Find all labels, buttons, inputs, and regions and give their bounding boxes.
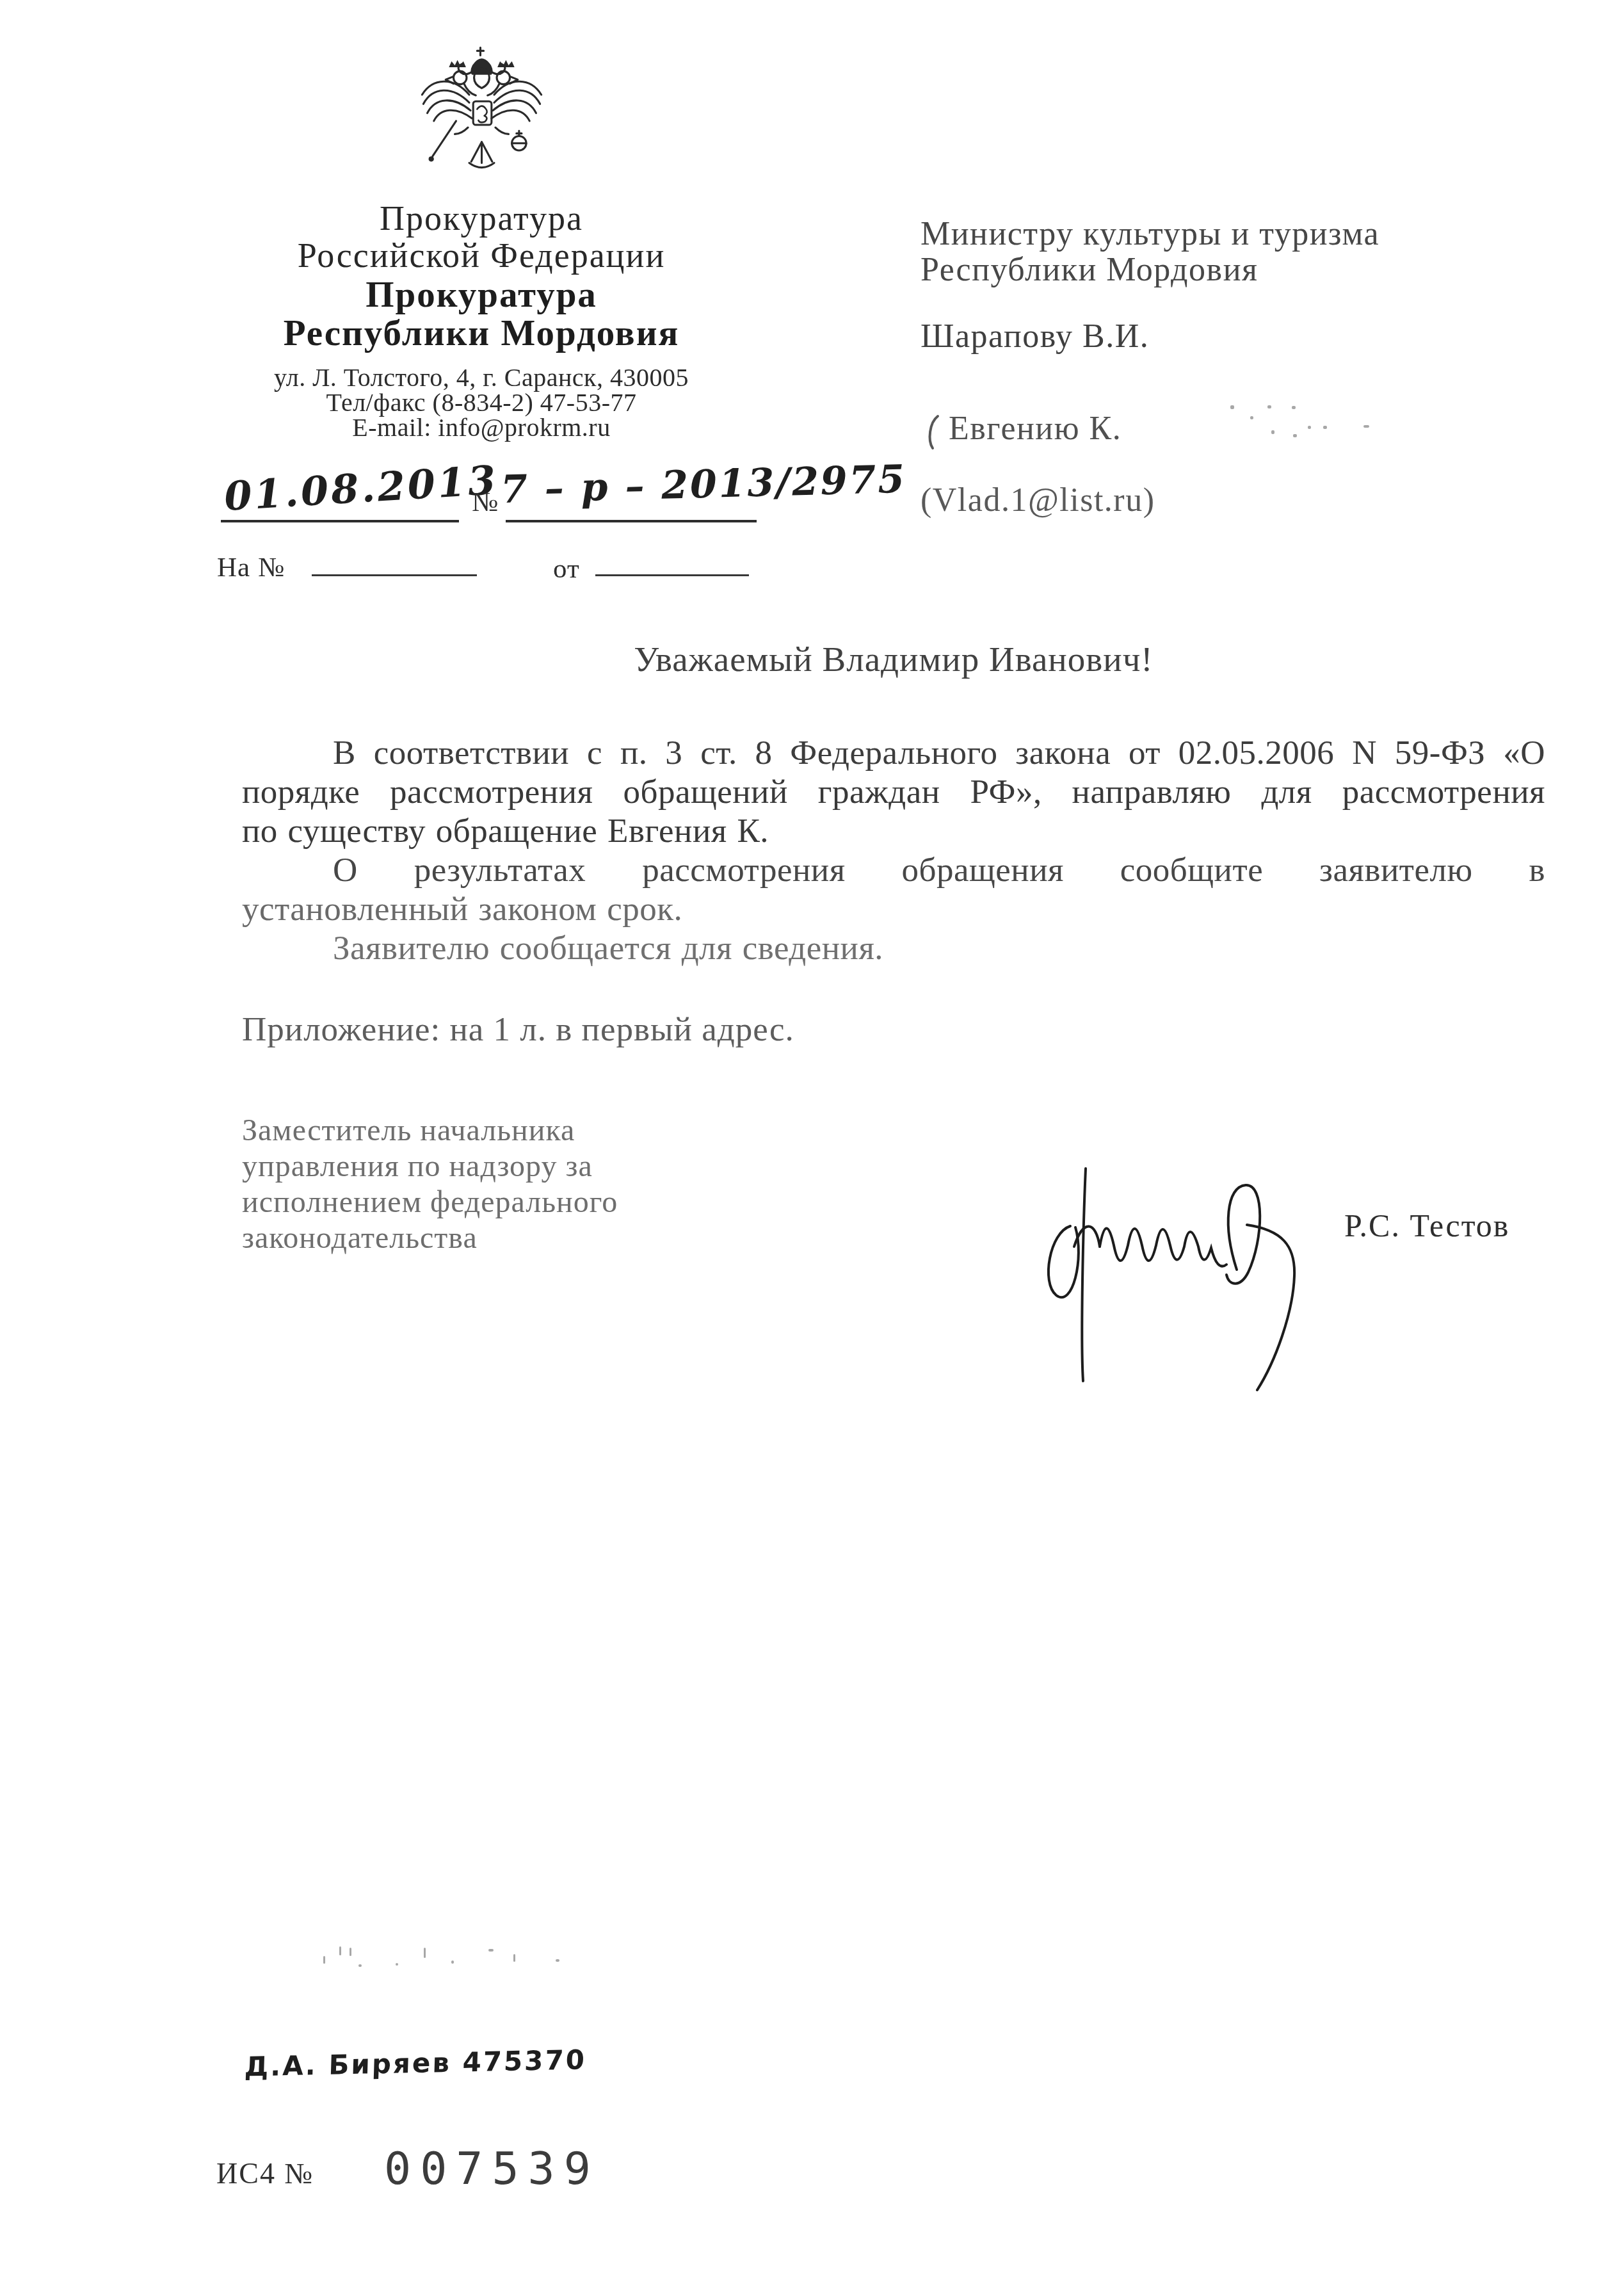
number-underline <box>506 520 757 522</box>
signer-title-line: исполнением федерального <box>242 1184 618 1220</box>
scan-speck <box>1250 416 1253 419</box>
scan-speck <box>1292 406 1296 409</box>
org-name-line4: Республики Мордовия <box>198 312 764 354</box>
scan-speck <box>1230 405 1234 409</box>
recipient-name: Шарапову В.И. <box>921 318 1149 355</box>
scan-speck <box>339 1946 341 1955</box>
body-text-line: Заявителю сообщается для сведения. <box>242 929 1545 967</box>
body-text-line: О результатах рассмотрения обращения соо… <box>242 851 1545 889</box>
second-addressee-name: Евгению К. <box>949 410 1122 448</box>
body-text-line: установленный законом срок. <box>242 890 1545 928</box>
scan-speck <box>513 1954 515 1962</box>
body-text-line: по существу обращение Евгения К. <box>242 812 1545 850</box>
handwritten-signature <box>1031 1149 1363 1437</box>
org-email: E-mail: info@prokrm.ru <box>198 412 764 442</box>
scan-speck <box>358 1964 362 1967</box>
signer-name: Р.С. Тестов <box>1344 1207 1509 1244</box>
handwritten-tick-mark <box>924 414 941 451</box>
body-text-line: В соответствии с п. 3 ст. 8 Федерального… <box>242 734 1545 772</box>
reply-number-blank <box>312 574 477 576</box>
scan-speck <box>1293 434 1297 437</box>
executor-note-handwritten: Д.А. Биряев 475370 <box>244 2044 586 2082</box>
scan-speck <box>1308 426 1311 429</box>
handwritten-outgoing-number: 7 – р – 2013/2975 <box>500 457 907 513</box>
reply-to-label: На № <box>217 552 285 583</box>
letter-page: Прокуратура Российской Федерации Прокура… <box>0 0 1624 2271</box>
scan-speck <box>424 1948 426 1958</box>
form-number-stamp: 007539 <box>384 2142 600 2195</box>
number-sign: № <box>472 487 499 518</box>
scan-speck <box>350 1948 351 1956</box>
salutation: Уважаемый Владимир Иванович! <box>242 639 1545 679</box>
scan-speck <box>1267 405 1271 408</box>
scan-speck <box>556 1959 559 1962</box>
coat-of-arms-icon <box>413 44 551 175</box>
scan-speck <box>451 1960 454 1964</box>
org-name-line1: Прокуратура <box>198 198 764 238</box>
signer-title-line: законодательства <box>242 1220 618 1256</box>
signer-title-block: Заместитель начальника управления по над… <box>242 1113 618 1256</box>
scan-speck <box>488 1949 494 1952</box>
signer-title-line: Заместитель начальника <box>242 1113 618 1149</box>
scan-speck <box>396 1963 398 1966</box>
reply-date-blank <box>595 574 749 576</box>
scan-speck <box>1363 425 1369 428</box>
form-series-label: ИС4 № <box>216 2156 314 2190</box>
reply-from-label: от <box>553 553 580 585</box>
body-text-line: порядке рассмотрения обращений граждан Р… <box>242 773 1545 811</box>
handwritten-date: 01.08.2013 <box>223 457 499 520</box>
recipient-position-line2: Республики Мордовия <box>921 251 1258 289</box>
signer-title-line: управления по надзору за <box>242 1149 618 1184</box>
scan-speck <box>323 1956 325 1964</box>
recipient-position-line1: Министру культуры и туризма <box>921 215 1379 253</box>
addressee-email: (Vlad.1@list.ru) <box>921 481 1155 519</box>
date-underline <box>221 520 459 522</box>
attachment-note: Приложение: на 1 л. в первый адрес. <box>242 1010 794 1049</box>
scan-speck <box>1323 426 1327 429</box>
org-name-line3: Прокуратура <box>198 274 764 316</box>
org-name-line2: Российской Федерации <box>198 236 764 275</box>
scan-speck <box>1271 430 1274 434</box>
